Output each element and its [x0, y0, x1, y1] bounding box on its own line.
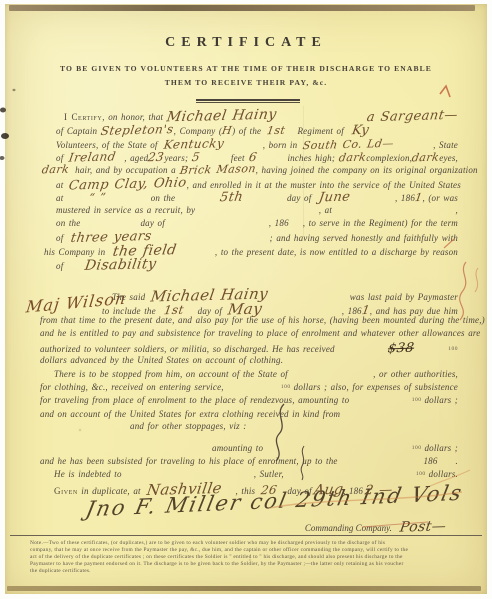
scan-edge-bottom	[7, 586, 481, 591]
printed-text: 186	[423, 456, 437, 466]
printed-text: and on account of the United States for …	[40, 409, 340, 419]
form-line: darkhair, and by occupation aBrick Mason…	[42, 164, 458, 175]
document-subtitle-line1: TO BE GIVEN TO VOLUNTEERS AT THE TIME OF…	[0, 64, 492, 73]
handwritten-entry: Ireland	[68, 150, 117, 163]
printed-text: inches high;	[287, 153, 335, 163]
cents-denominator: 100	[412, 445, 422, 451]
handwritten-entry: 5th	[219, 191, 244, 205]
printed-text: ; and having served honestly and faithfu…	[270, 233, 458, 243]
printed-text: , and enrolled in it at the muster into …	[187, 180, 461, 190]
form-line: I Certify, on honor, thatMichael Hainya …	[64, 109, 458, 123]
printed-text: years;	[164, 153, 188, 163]
printed-text: Regiment of	[297, 126, 343, 136]
printed-text: The said	[112, 292, 145, 302]
handwritten-entry: $38	[387, 342, 415, 356]
form-line: The saidMichael Hainywas last paid by Pa…	[112, 288, 458, 303]
printed-text: in duplicate, at	[78, 486, 141, 496]
handwritten-entry: Michael Hainy	[166, 108, 278, 125]
printed-text: dollars ;	[424, 395, 458, 405]
printed-text: amounting to	[212, 443, 263, 453]
commanding-company-line: Commanding Company.Post—	[305, 520, 446, 534]
printed-text: .	[456, 456, 458, 466]
note-line: the duplicate certificates.	[30, 568, 468, 575]
printed-text: on the	[56, 218, 80, 228]
document-title: CERTIFICATE	[0, 35, 492, 51]
printed-text: , (or was	[422, 193, 458, 203]
printed-text: , to the present date, is now entitled t…	[215, 247, 458, 257]
handwritten-entry: Brick Mason	[179, 163, 257, 176]
printed-text: , to serve in the Regiment) for the term	[303, 218, 458, 228]
printed-text: dollars.	[429, 469, 458, 479]
handwritten-entry: Kentucky	[163, 137, 225, 151]
printed-text: , 186	[395, 193, 415, 203]
form-line: He is indebted to, Sutler,100dollars.	[54, 469, 458, 479]
document-subtitle-line2: THEM TO RECEIVE THEIR PAY, &c.	[0, 78, 492, 87]
note-line: company, that he may at once receive fro…	[30, 547, 468, 554]
printed-text: , born in	[263, 140, 298, 150]
handwritten-entry: Nashville	[145, 481, 222, 498]
handwritten-entry: Stepleton's	[100, 123, 175, 137]
scan-edge-top	[9, 5, 475, 11]
printed-text: eyes,	[439, 153, 458, 163]
form-line: and for other stoppages, viz :	[130, 421, 247, 431]
handwritten-entry: South Co. Ld—	[302, 138, 395, 151]
cents-denominator: 100	[412, 397, 422, 403]
printed-text: ) of the	[232, 126, 261, 136]
form-line: mustered in service as a recruit, by, at…	[56, 205, 458, 215]
printed-text: day of	[287, 193, 311, 203]
printed-text: , at	[319, 205, 332, 215]
handwritten-entry: dark	[411, 152, 440, 164]
handwritten-entry: dark	[338, 152, 367, 164]
cents-denominator: 100	[448, 346, 458, 352]
handwritten-entry: H	[221, 125, 233, 136]
form-line: dollars advanced by the United States on…	[40, 355, 283, 365]
form-line: Volunteers, of the State ofKentucky, bor…	[56, 138, 458, 150]
printed-text: and for other stoppages, viz :	[130, 421, 247, 431]
handwritten-post-annotation: Post—	[399, 519, 447, 534]
printed-text: , on honor, that	[102, 112, 163, 122]
edge-smudge	[0, 156, 5, 160]
printed-text: He is indebted to	[54, 469, 122, 479]
commanding-label: Commanding Company.	[305, 523, 392, 533]
handwritten-entry: 1st	[266, 125, 286, 136]
printed-text: at	[56, 193, 63, 203]
printed-text: , 186	[269, 218, 289, 228]
note-line: act of the delivery of the duplicate cer…	[30, 554, 468, 561]
form-line: for traveling from place of enrolment to…	[40, 395, 458, 405]
form-line: and on account of the United States for …	[40, 409, 340, 419]
note-block: Note.—Two of these certificates, (or dup…	[30, 540, 468, 575]
form-line: and he is entitled to pay and subsistenc…	[40, 328, 480, 338]
printed-text: for clothing, &c., received on entering …	[40, 382, 224, 392]
form-line: at“ ”on the5thday ofJune, 1861, (or was	[56, 191, 458, 204]
printed-text: of	[56, 233, 63, 243]
form-line: ofDisability	[56, 258, 157, 272]
printed-text: his Company in	[44, 247, 105, 257]
form-line: ofthree years; and having served honestl…	[56, 231, 458, 244]
printed-text: I Certify	[64, 112, 102, 122]
printed-text: , this	[236, 486, 256, 496]
printed-text: was last paid by Paymaster	[350, 292, 458, 302]
handwritten-entry: “ ”	[89, 192, 108, 203]
handwritten-entry: Aug	[313, 483, 345, 498]
printed-text: , Company (	[174, 126, 222, 136]
printed-text: , having joined the company on its origi…	[256, 165, 478, 175]
handwritten-entry: dark	[41, 164, 70, 176]
printed-text: ,	[456, 205, 458, 215]
cents-denominator: 100	[281, 384, 291, 390]
printed-text: , aged	[124, 153, 148, 163]
form-line: of CaptainStepleton's, Company (H) of th…	[56, 124, 369, 137]
note-line: Note.—Two of these certificates, (or dup…	[30, 540, 468, 547]
handwritten-entry: 26	[260, 484, 278, 496]
handwritten-entry: June	[318, 191, 351, 205]
printed-text: mustered in service as a recruit, by	[56, 205, 195, 215]
printed-text: of	[56, 153, 63, 163]
printed-text: from that time to the present date, and …	[40, 315, 485, 325]
handwritten-entry: a Sargeant—	[366, 109, 459, 124]
note-divider	[10, 535, 482, 536]
printed-text: Volunteers, of the State of	[56, 140, 158, 150]
form-line: amounting to100dollars ;	[40, 443, 458, 453]
printed-text: day of	[287, 486, 311, 496]
form-line: There is to be stopped from him, on acco…	[54, 369, 458, 379]
form-line: and he has been subsisted for traveling …	[40, 456, 458, 466]
printed-text: dollars ; also, for expenses of subsiste…	[294, 382, 458, 392]
handwritten-entry: 23	[147, 151, 165, 163]
form-line: on theday of, 186, to serve in the Regim…	[56, 218, 458, 228]
handwritten-entry: Disability	[84, 257, 158, 273]
printed-text: , Sutler,	[254, 469, 284, 479]
note-line: Paymaster to have the payment endorsed o…	[30, 561, 468, 568]
form-line: for clothing, &c., received on entering …	[40, 382, 458, 392]
printed-text: dollars advanced by the United States on…	[40, 355, 283, 365]
form-line: from that time to the present date, and …	[40, 315, 485, 325]
printed-text: for traveling from place of enrolment to…	[40, 395, 349, 405]
handwritten-entry: 2 —	[364, 484, 394, 498]
printed-text: dollars ;	[424, 443, 458, 453]
form-line: his Company inthe field, to the present …	[44, 244, 458, 258]
printed-text: and he is entitled to pay and subsistenc…	[40, 328, 480, 338]
handwritten-entry: Ky	[351, 124, 370, 137]
printed-text: There is to be stopped from him, on acco…	[54, 369, 288, 379]
printed-text: Given	[54, 486, 78, 496]
form-line: Given in duplicate, atNashville, this26d…	[54, 482, 393, 497]
printed-text: at	[56, 180, 63, 190]
form-line: authorized to volunteer soldiers, or mil…	[40, 342, 458, 355]
printed-text: on the	[151, 193, 175, 203]
handwritten-entry: 5	[191, 151, 201, 163]
cents-denominator: 100	[416, 471, 426, 477]
printed-text: authorized to volunteer soldiers, or mil…	[40, 344, 335, 354]
printed-text: hair, and by occupation a	[75, 165, 176, 175]
ornamental-divider	[196, 99, 300, 101]
printed-text: , 186	[343, 486, 363, 496]
form-line: atCamp Clay, Ohio, and enrolled in it at…	[56, 178, 458, 191]
printed-text: and he has been subsisted for traveling …	[40, 456, 338, 466]
printed-text: day of	[140, 218, 164, 228]
scanned-certificate-document: CERTIFICATE TO BE GIVEN TO VOLUNTEERS AT…	[0, 0, 492, 599]
printed-text: of Captain	[56, 126, 97, 136]
printed-text: of	[56, 261, 63, 271]
printed-text: , or other authorities,	[373, 369, 458, 379]
printed-text: complexion,	[366, 153, 412, 163]
printed-text: , State	[433, 140, 458, 150]
